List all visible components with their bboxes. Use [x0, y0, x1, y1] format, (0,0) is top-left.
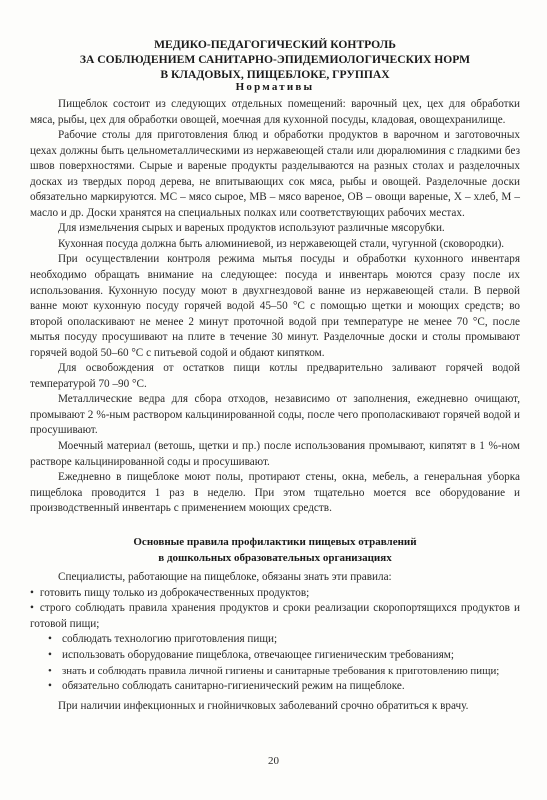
list-item: •обязательно соблюдать санитарно-гигиени…: [30, 679, 520, 695]
paragraph: Рабочие столы для приготовления блюд и о…: [30, 128, 520, 221]
title-line: в дошкольных образовательных организация…: [30, 551, 520, 567]
list-item: •использовать оборудование пищеблока, от…: [30, 648, 520, 664]
norms-body: Пищеблок состоит из следующих отдельных …: [30, 97, 520, 517]
list-item: •соблюдать технологию приготовления пищи…: [30, 632, 520, 648]
rule-text: строго соблюдать правила хранения продук…: [30, 602, 520, 630]
rule-text: знать и соблюдать правила личной гигиены…: [62, 665, 499, 677]
rules-intro: Специалисты, работающие на пищеблоке, об…: [30, 570, 520, 586]
list-item: •готовить пищу только из доброкачественн…: [30, 586, 520, 602]
title-line: ЗА СОБЛЮДЕНИЕМ САНИТАРНО-ЭПИДЕМИОЛОГИЧЕС…: [30, 52, 520, 67]
title-line: МЕДИКО-ПЕДАГОГИЧЕСКИЙ КОНТРОЛЬ: [30, 37, 520, 52]
page-title: МЕДИКО-ПЕДАГОГИЧЕСКИЙ КОНТРОЛЬ ЗА СОБЛЮД…: [30, 37, 520, 82]
rules-list: •готовить пищу только из доброкачественн…: [30, 586, 520, 695]
rules-body: Специалисты, работающие на пищеблоке, об…: [30, 570, 520, 714]
paragraph: Ежедневно в пищеблоке моют полы, протира…: [30, 470, 520, 517]
section-subtitle: Нормативы: [30, 81, 520, 93]
list-item: •знать и соблюдать правила личной гигиен…: [30, 664, 520, 680]
rule-text: использовать оборудование пищеблока, отв…: [62, 649, 454, 661]
bullet-icon: •: [48, 664, 52, 680]
rule-text: соблюдать технологию приготовления пищи;: [62, 633, 277, 645]
paragraph: Моечный материал (ветошь, щетки и пр.) п…: [30, 439, 520, 470]
paragraph: При осуществлении контроля режима мытья …: [30, 252, 520, 361]
section2-title: Основные правила профилактики пищевых от…: [30, 535, 520, 566]
paragraph: Металлические ведра для сбора отходов, н…: [30, 392, 520, 439]
bullet-icon: •: [48, 679, 52, 695]
list-item: •строго соблюдать правила хранения проду…: [30, 601, 520, 632]
bullet-icon: •: [48, 648, 52, 664]
paragraph: Пищеблок состоит из следующих отдельных …: [30, 97, 520, 128]
paragraph: Для освобождения от остатков пищи котлы …: [30, 361, 520, 392]
rule-text: готовить пищу только из доброкачественны…: [40, 587, 309, 599]
title-line: В КЛАДОВЫХ, ПИЩЕБЛОКЕ, ГРУППАХ: [30, 67, 520, 82]
paragraph: Кухонная посуда должна быть алюминиевой,…: [30, 237, 520, 253]
bullet-icon: •: [48, 632, 52, 648]
rule-text: обязательно соблюдать санитарно-гигиенич…: [62, 680, 405, 692]
bullet-icon: •: [30, 587, 34, 599]
closing-paragraph: При наличии инфекционных и гнойничковых …: [30, 699, 520, 715]
paragraph: Для измельчения сырых и вареных продукто…: [30, 221, 520, 237]
title-line: Основные правила профилактики пищевых от…: [30, 535, 520, 551]
bullet-icon: •: [30, 602, 34, 614]
page-number: 20: [0, 755, 547, 767]
